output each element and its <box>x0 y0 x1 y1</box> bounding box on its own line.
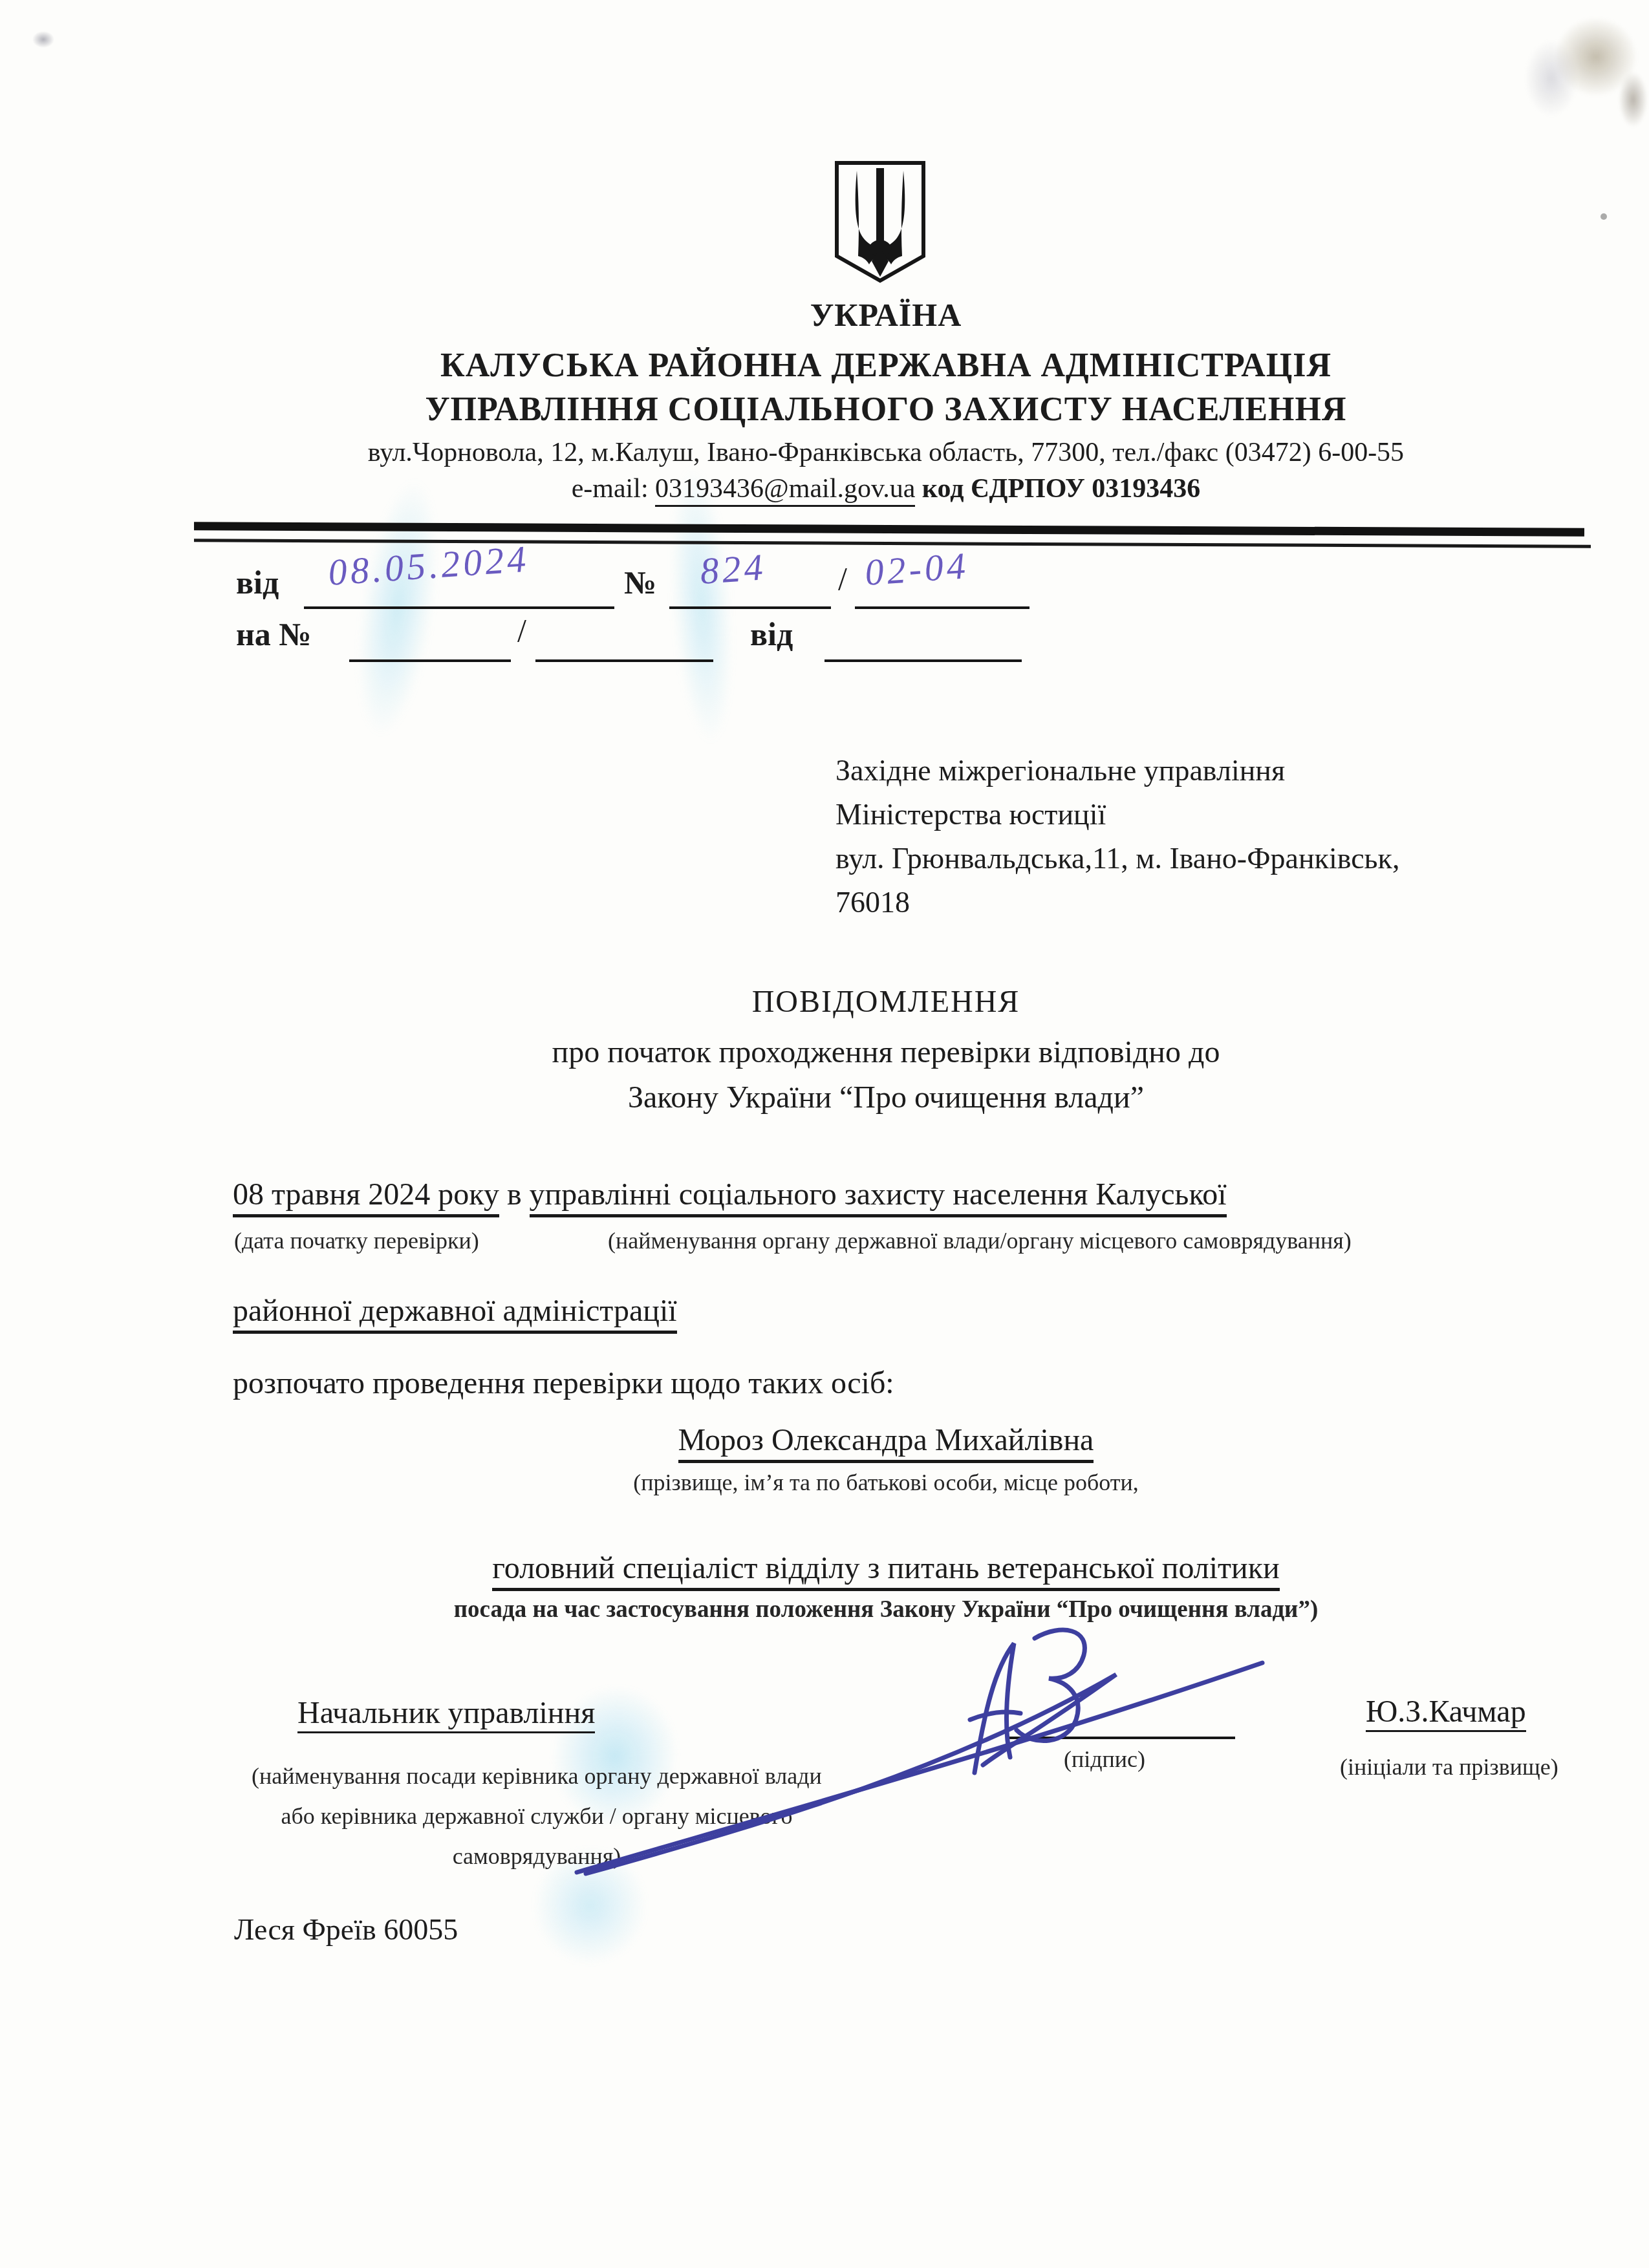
scanned-document-page: УКРАЇНА КАЛУСЬКА РАЙОННА ДЕРЖАВНА АДМІНІ… <box>0 0 1649 2268</box>
executor-note: Леся Фреїв 60055 <box>234 1912 458 1947</box>
